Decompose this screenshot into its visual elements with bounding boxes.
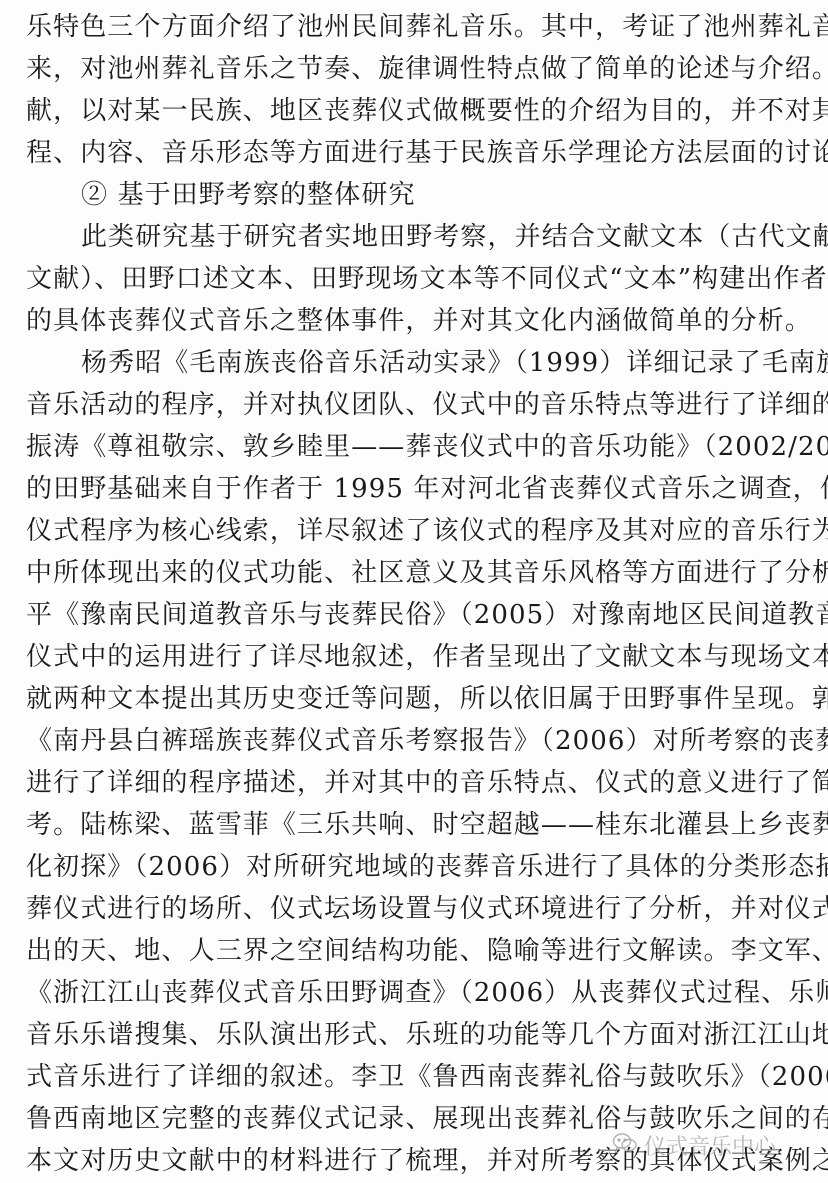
body-text: 乐特色三个方面介绍了池州民间葬礼音乐。其中，考证了池州葬礼音乐的由 来，对池州葬… bbox=[26, 6, 802, 1182]
scanned-document-page: 乐特色三个方面介绍了池州民间葬礼音乐。其中，考证了池州葬礼音乐的由 来，对池州葬… bbox=[0, 0, 828, 1183]
text-line: 献，以对某一民族、地区丧葬仪式做概要性的介绍为目的，并不对其仪式过 bbox=[26, 90, 802, 132]
text-line: 杨秀昭《毛南族丧俗音乐活动实录》（1999）详细记录了毛南族丧葬仪式 bbox=[26, 342, 802, 384]
text-line: 的田野基础来自于作者于 1995 年对河北省丧葬仪式音乐之调查，作者以丧葬 bbox=[26, 468, 802, 510]
text-line: 程、内容、音乐形态等方面进行基于民族音乐学理论方法层面的讨论。 bbox=[26, 132, 802, 174]
text-line: 音乐乐谱搜集、乐队演出形式、乐班的功能等几个方面对浙江江山地区丧葬仪 bbox=[26, 1014, 802, 1056]
text-line: 进行了详细的程序描述，并对其中的音乐特点、仪式的意义进行了简单的思 bbox=[26, 762, 802, 804]
text-line: 鲁西南地区完整的丧葬仪式记录、展现出丧葬礼俗与鼓吹乐之间的存在关系， bbox=[26, 1098, 802, 1140]
text-line: 文献）、田野口述文本、田野现场文本等不同仪式“文本”构建出作者所研究 bbox=[26, 258, 802, 300]
text-line: 来，对池州葬礼音乐之节奏、旋律调性特点做了简单的论述与介绍。此类文 bbox=[26, 48, 802, 90]
text-line: 出的天、地、人三界之空间结构功能、隐喻等进行文解读。李文军、柴丽卿 bbox=[26, 930, 802, 972]
text-line: 《浙江江山丧葬仪式音乐田野调查》（2006）从丧葬仪式过程、乐师个人情况、 bbox=[26, 972, 802, 1014]
text-line: 乐特色三个方面介绍了池州民间葬礼音乐。其中，考证了池州葬礼音乐的由 bbox=[26, 6, 802, 48]
text-line: 就两种文本提出其历史变迁等问题，所以依旧属于田野事件呈现。郭永青 bbox=[26, 678, 802, 720]
text-line: 式音乐进行了详细的叙述。李卫《鲁西南丧葬礼俗与鼓吹乐》（2006）以一次 bbox=[26, 1056, 802, 1098]
text-line: 仪式程序为核心线索，详尽叙述了该仪式的程序及其对应的音乐行为，并对其 bbox=[26, 510, 802, 552]
text-line: 中所体现出来的仪式功能、社区意义及其音乐风格等方面进行了分析解读。金 bbox=[26, 552, 802, 594]
text-line: 的具体丧葬仪式音乐之整体事件，并对其文化内涵做简单的分析。 bbox=[26, 300, 802, 342]
text-line: 《南丹县白裤瑶族丧葬仪式音乐考察报告》（2006）对所考察的丧葬仪式音乐 bbox=[26, 720, 802, 762]
text-line: 葬仪式进行的场所、仪式坛场设置与仪式环境进行了分析，并对仪式中所表现 bbox=[26, 888, 802, 930]
text-line: 平《豫南民间道教音乐与丧葬民俗》（2005）对豫南地区民间道教音乐在丧葬 bbox=[26, 594, 802, 636]
text-line: 本文对历史文献中的材料进行了梳理，并对所考察的具体仪式案例之过程进行 bbox=[26, 1140, 802, 1182]
text-line: 振涛《尊祖敬宗、敦乡睦里——葬丧仪式中的音乐功能》（2002/2003）一文 bbox=[26, 426, 802, 468]
text-line: 仪式中的运用进行了详尽地叙述，作者呈现出了文献文本与现场文本，但并未 bbox=[26, 636, 802, 678]
text-line: 此类研究基于研究者实地田野考察，并结合文献文本（古代文献、现代 bbox=[26, 216, 802, 258]
text-line: 化初探》（2006）对所研究地域的丧葬音乐进行了具体的分类形态描述，对丧 bbox=[26, 846, 802, 888]
section-heading: ② 基于田野考察的整体研究 bbox=[26, 174, 802, 216]
text-line: 考。陆栋梁、蓝雪菲《三乐共响、时空超越——桂东北灌县上乡丧葬音乐文 bbox=[26, 804, 802, 846]
text-line: 音乐活动的程序，并对执仪团队、仪式中的音乐特点等进行了详细的论述。张 bbox=[26, 384, 802, 426]
